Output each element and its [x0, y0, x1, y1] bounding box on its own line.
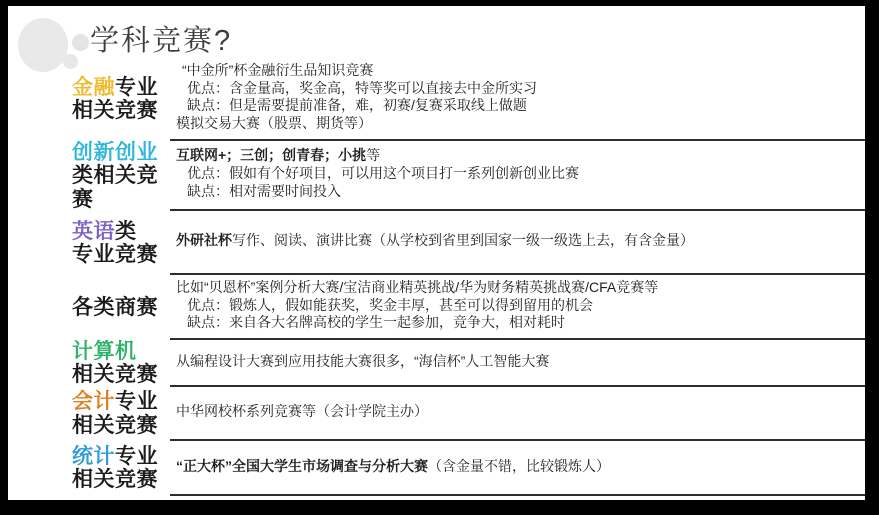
section-content-line: 缺点：相对需要时间投入	[176, 183, 861, 201]
section-label: 英语类专业竞赛	[8, 220, 170, 267]
section-label-text: 会计	[72, 390, 115, 413]
section-label-text: 专业竞赛	[72, 243, 158, 266]
section-content-text: 缺点：但是需要提前准备，难，初赛/复赛采取线上做题	[187, 97, 527, 113]
section-content-text: 从编程设计大赛到应用技能大赛很多，“海信杯”人工智能大赛	[176, 353, 549, 369]
section-content-line: 优点：假如有个好项目，可以用这个项目打一系列创新创业比赛	[176, 165, 861, 183]
section-row-finance: 金融专业相关竞赛“中金所”杯金融衍生品知识竞赛优点：含金量高，奖金高，特等奖可以…	[8, 58, 865, 141]
section-label-text: 金融	[72, 76, 115, 99]
section-content-text: “正大杯”全国大学生市场调查与分析大赛	[176, 458, 428, 474]
section-row-business: 各类商赛比如“贝恩杯”案例分析大赛/宝洁商业精英挑战/华为财务精英挑战赛/CFA…	[8, 275, 865, 340]
section-content-text: 等	[366, 147, 380, 163]
section-label-line: 专业竞赛	[72, 243, 170, 267]
section-label-text: 类相关竞赛	[72, 164, 158, 211]
section-content-text: 比如“贝恩杯”案例分析大赛/宝洁商业精英挑战/华为财务精英挑战赛/CFA竞赛等	[176, 279, 658, 295]
section-row-innovation: 创新创业类相关竞赛互联网+；三创；创青春；小挑等优点：假如有个好项目，可以用这个…	[8, 141, 865, 212]
section-label: 计算机相关竞赛	[8, 340, 170, 387]
section-label-line: 类相关竞赛	[72, 164, 170, 211]
section-content: 比如“贝恩杯”案例分析大赛/宝洁商业精英挑战/华为财务精英挑战赛/CFA竞赛等优…	[170, 275, 865, 340]
section-label-text: 相关竞赛	[72, 99, 158, 122]
section-label-line: 金融专业	[72, 76, 170, 100]
section-label: 统计专业相关竞赛	[8, 445, 170, 492]
section-label-text: 创新创业	[72, 141, 158, 164]
section-label: 会计专业相关竞赛	[8, 390, 170, 437]
section-content-line: 优点：锻炼人，假如能获奖，奖金丰厚，甚至可以得到留用的机会	[176, 297, 861, 315]
section-label-line: 相关竞赛	[72, 468, 170, 492]
section-content-text: 缺点：相对需要时间投入	[187, 183, 341, 199]
slide-canvas: 学科竞赛? 金融专业相关竞赛“中金所”杯金融衍生品知识竞赛优点：含金量高，奖金高…	[8, 6, 865, 500]
section-content-text: 模拟交易大赛（股票、期货等）	[176, 115, 372, 131]
section-label-line: 英语类	[72, 220, 170, 244]
section-label-text: 统计	[72, 445, 115, 468]
section-content-line: 比如“贝恩杯”案例分析大赛/宝洁商业精英挑战/华为财务精英挑战赛/CFA竞赛等	[176, 279, 861, 297]
section-content-line: 外研社杯写作、阅读、演讲比赛（从学校到省里到国家一级一级选上去，有含金量）	[176, 232, 861, 250]
section-content-line: “中金所”杯金融衍生品知识竞赛	[176, 62, 861, 80]
page-title: 学科竞赛?	[90, 18, 232, 59]
section-label-line: 会计专业	[72, 390, 170, 414]
section-content-text: 优点：假如有个好项目，可以用这个项目打一系列创新创业比赛	[187, 165, 579, 181]
section-row-accounting: 会计专业相关竞赛中华网校杯系列竞赛等（会计学院主办）	[8, 387, 865, 441]
section-label-text: 相关竞赛	[72, 414, 158, 437]
section-content: 互联网+；三创；创青春；小挑等优点：假如有个好项目，可以用这个项目打一系列创新创…	[170, 141, 865, 212]
section-content-line: 中华网校杯系列竞赛等（会计学院主办）	[176, 403, 861, 421]
section-content-line: 优点：含金量高，奖金高，特等奖可以直接去中金所实习	[176, 80, 861, 98]
section-label-text: 专业	[115, 445, 158, 468]
section-content: “正大杯”全国大学生市场调查与分析大赛（含金量不错，比较锻炼人）	[170, 441, 865, 496]
section-content: 外研社杯写作、阅读、演讲比赛（从学校到省里到国家一级一级选上去，有含金量）	[170, 211, 865, 275]
section-content-text: 写作、阅读、演讲比赛（从学校到省里到国家一级一级选上去，有含金量）	[232, 232, 694, 248]
section-content-line: 模拟交易大赛（股票、期货等）	[176, 115, 861, 133]
section-label-line: 创新创业	[72, 141, 170, 165]
section-label-line: 相关竞赛	[72, 414, 170, 438]
section-content-text: 优点：含金量高，奖金高，特等奖可以直接去中金所实习	[187, 80, 537, 96]
section-label-text: 专业	[115, 390, 158, 413]
section-label: 创新创业类相关竞赛	[8, 141, 170, 212]
section-content-text: “中金所”杯金融衍生品知识竞赛	[182, 62, 373, 78]
section-label-line: 相关竞赛	[72, 99, 170, 123]
section-row-statistics: 统计专业相关竞赛“正大杯”全国大学生市场调查与分析大赛（含金量不错，比较锻炼人）	[8, 441, 865, 496]
section-content-line: 从编程设计大赛到应用技能大赛很多，“海信杯”人工智能大赛	[176, 353, 861, 371]
section-label-line: 计算机	[72, 340, 170, 364]
section-content: 从编程设计大赛到应用技能大赛很多，“海信杯”人工智能大赛	[170, 340, 865, 387]
section-label-text: 相关竞赛	[72, 468, 158, 491]
section-label-line: 统计专业	[72, 445, 170, 469]
section-label: 各类商赛	[8, 296, 170, 320]
section-label-text: 专业	[115, 76, 158, 99]
section-content-text: 缺点：来自各大名牌高校的学生一起参加，竞争大，相对耗时	[187, 314, 565, 330]
section-content-text: 互联网+；三创；创青春；小挑	[176, 147, 366, 163]
section-label-text: 相关竞赛	[72, 363, 158, 386]
section-content: 中华网校杯系列竞赛等（会计学院主办）	[170, 387, 865, 441]
section-content-text: （含金量不错，比较锻炼人）	[428, 458, 610, 474]
section-label-line: 各类商赛	[72, 296, 170, 320]
section-content-line: “正大杯”全国大学生市场调查与分析大赛（含金量不错，比较锻炼人）	[176, 458, 861, 476]
section-label-text: 类	[115, 220, 137, 243]
section-content-line: 缺点：来自各大名牌高校的学生一起参加，竞争大，相对耗时	[176, 314, 861, 332]
section-row-english: 英语类专业竞赛外研社杯写作、阅读、演讲比赛（从学校到省里到国家一级一级选上去，有…	[8, 211, 865, 275]
section-content: “中金所”杯金融衍生品知识竞赛优点：含金量高，奖金高，特等奖可以直接去中金所实习…	[170, 58, 865, 141]
section-content-text: 优点：锻炼人，假如能获奖，奖金丰厚，甚至可以得到留用的机会	[187, 297, 593, 313]
decor-circle-icon	[72, 34, 89, 51]
section-content-text: 外研社杯	[176, 232, 232, 248]
sections-table: 金融专业相关竞赛“中金所”杯金融衍生品知识竞赛优点：含金量高，奖金高，特等奖可以…	[8, 58, 865, 496]
section-content-text: 中华网校杯系列竞赛等（会计学院主办）	[176, 403, 428, 419]
section-content-line: 互联网+；三创；创青春；小挑等	[176, 147, 861, 165]
section-label-line: 相关竞赛	[72, 363, 170, 387]
section-label-text: 各类商赛	[72, 296, 158, 319]
section-label-text: 计算机	[72, 340, 137, 363]
section-content-line: 缺点：但是需要提前准备，难，初赛/复赛采取线上做题	[176, 97, 861, 115]
section-label: 金融专业相关竞赛	[8, 76, 170, 123]
section-row-computer: 计算机相关竞赛从编程设计大赛到应用技能大赛很多，“海信杯”人工智能大赛	[8, 340, 865, 387]
section-label-text: 英语	[72, 220, 115, 243]
